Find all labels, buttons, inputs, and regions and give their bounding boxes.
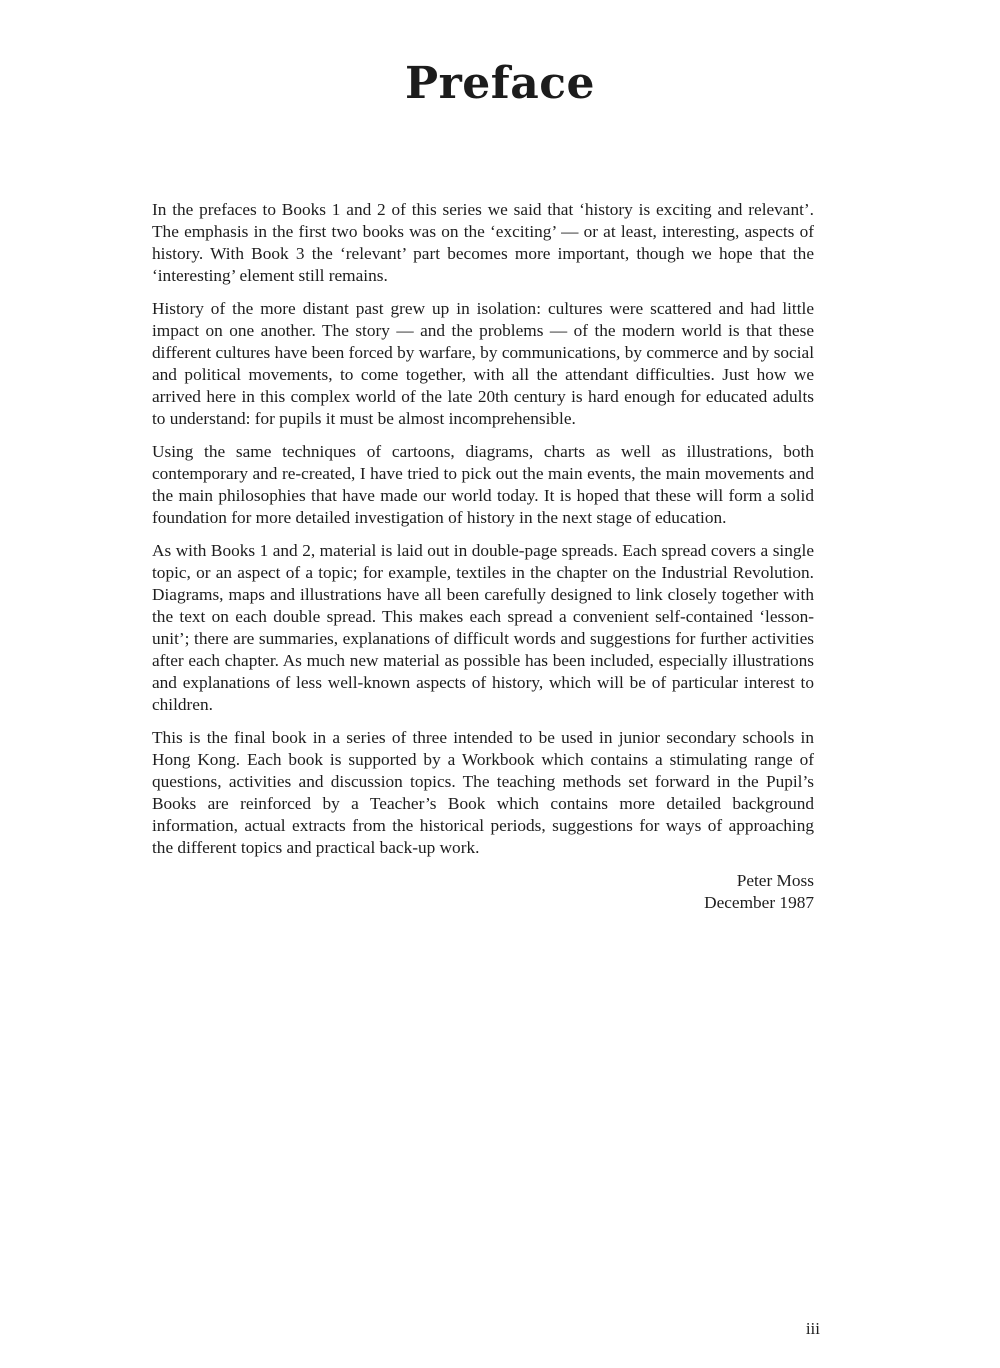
paragraph-2: History of the more distant past grew up… (152, 298, 814, 430)
paragraph-5: This is the final book in a series of th… (152, 727, 814, 859)
page-number: iii (800, 1319, 820, 1339)
paragraph-4: As with Books 1 and 2, material is laid … (152, 540, 814, 716)
author-name: Peter Moss (152, 870, 814, 892)
page-title: Preface (0, 58, 1000, 109)
signature-date: December 1987 (152, 892, 814, 914)
paragraph-3: Using the same techniques of cartoons, d… (152, 441, 814, 529)
preface-body: In the prefaces to Books 1 and 2 of this… (152, 199, 814, 914)
paragraph-1: In the prefaces to Books 1 and 2 of this… (152, 199, 814, 287)
signature-block: Peter Moss December 1987 (152, 870, 814, 914)
